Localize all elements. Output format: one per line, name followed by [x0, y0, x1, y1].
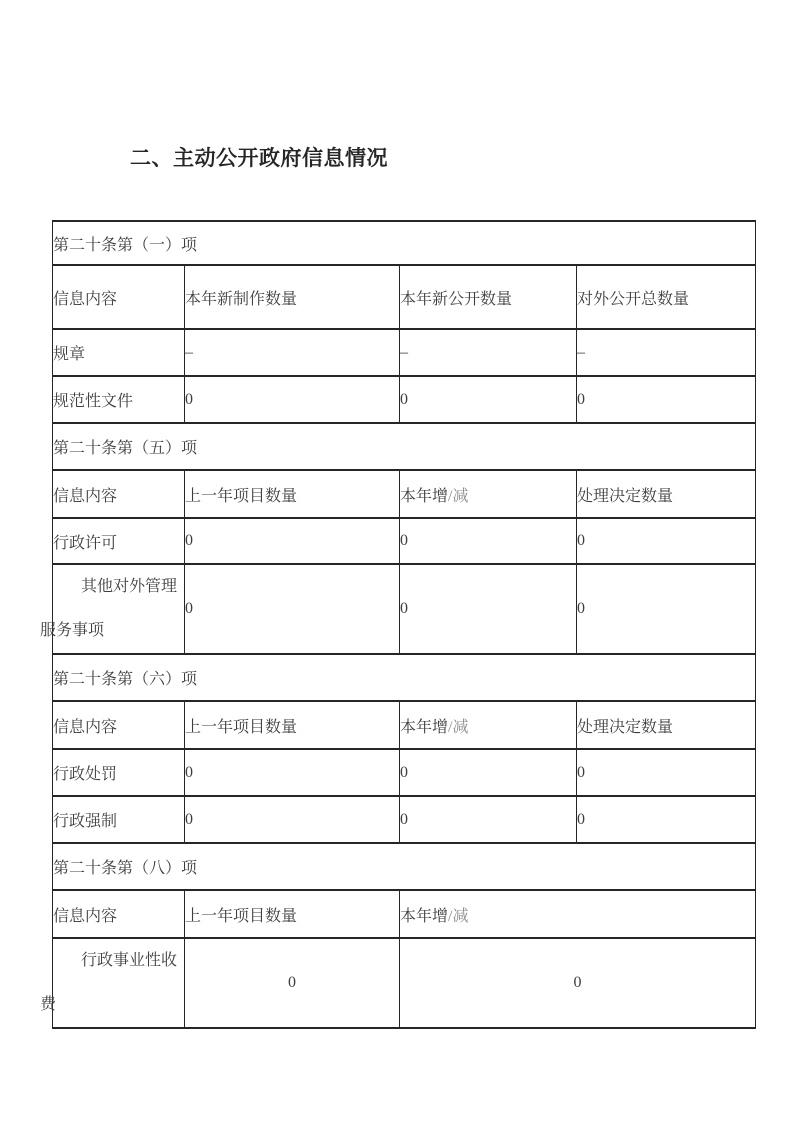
cell-value: –: [185, 329, 400, 376]
col-header-sub: /减: [448, 908, 468, 925]
col-header: 信息内容: [53, 470, 185, 518]
cell-value: 0: [185, 938, 400, 1028]
row-label: 规范性文件: [53, 376, 185, 423]
section-title: 第二十条第（五）项: [53, 423, 756, 470]
col-header: 信息内容: [53, 265, 185, 329]
section-header-row: 第二十条第（八）项: [53, 843, 756, 890]
cell-value: 0: [400, 749, 577, 796]
col-header: 本年增/减: [400, 470, 577, 518]
row-label: 行政处罚: [53, 749, 185, 796]
cell-value: 0: [400, 376, 577, 423]
cell-value: 0: [400, 796, 577, 843]
data-row: 行政事业性收费 0 0: [53, 938, 756, 1028]
cell-value: 0: [400, 518, 577, 564]
column-header-row: 信息内容 上一年项目数量 本年增/减 处理决定数量: [53, 470, 756, 518]
col-header: 上一年项目数量: [185, 890, 400, 938]
section-title: 第二十条第（六）项: [53, 654, 756, 701]
page-title: 二、主动公开政府信息情况: [130, 146, 793, 171]
cell-value: –: [400, 329, 577, 376]
cell-value: 0: [185, 564, 400, 654]
cell-value: 0: [185, 376, 400, 423]
column-header-row: 信息内容 本年新制作数量 本年新公开数量 对外公开总数量: [53, 265, 756, 329]
cell-value: 0: [577, 518, 756, 564]
col-header: 处理决定数量: [577, 701, 756, 749]
row-label-text: 行政事业性收费: [40, 939, 184, 1027]
col-header-sub: /减: [448, 719, 468, 736]
col-header: 信息内容: [53, 701, 185, 749]
row-label: 行政许可: [53, 518, 185, 564]
col-header: 上一年项目数量: [185, 470, 400, 518]
disclosure-table: 第二十条第（一）项 信息内容 本年新制作数量 本年新公开数量 对外公开总数量 规…: [52, 220, 756, 1029]
cell-value: 0: [577, 564, 756, 654]
cell-value: 0: [185, 749, 400, 796]
column-header-row: 信息内容 上一年项目数量 本年增/减: [53, 890, 756, 938]
section-header-row: 第二十条第（六）项: [53, 654, 756, 701]
col-header: 信息内容: [53, 890, 185, 938]
col-header: 本年新公开数量: [400, 265, 577, 329]
section-title: 第二十条第（八）项: [53, 843, 756, 890]
col-header-main: 本年增: [400, 488, 448, 505]
col-header: 本年增/减: [400, 701, 577, 749]
col-header: 对外公开总数量: [577, 265, 756, 329]
column-header-row: 信息内容 上一年项目数量 本年增/减 处理决定数量: [53, 701, 756, 749]
cell-value: 0: [577, 796, 756, 843]
data-row: 行政许可 0 0 0: [53, 518, 756, 564]
data-row: 行政强制 0 0 0: [53, 796, 756, 843]
cell-value: 0: [185, 518, 400, 564]
col-header-sub: /减: [448, 488, 468, 505]
data-row: 规章 – – –: [53, 329, 756, 376]
col-header: 处理决定数量: [577, 470, 756, 518]
row-label: 规章: [53, 329, 185, 376]
section-title: 第二十条第（一）项: [53, 221, 756, 265]
cell-value: 0: [577, 376, 756, 423]
cell-value: 0: [577, 749, 756, 796]
col-header: 上一年项目数量: [185, 701, 400, 749]
row-label: 行政强制: [53, 796, 185, 843]
section-header-row: 第二十条第（一）项: [53, 221, 756, 265]
section-header-row: 第二十条第（五）项: [53, 423, 756, 470]
data-row: 规范性文件 0 0 0: [53, 376, 756, 423]
row-label: 行政事业性收费: [53, 938, 185, 1028]
row-label: 其他对外管理服务事项: [53, 564, 185, 654]
col-header: 本年增/减: [400, 890, 756, 938]
cell-value: 0: [185, 796, 400, 843]
data-row: 其他对外管理服务事项 0 0 0: [53, 564, 756, 654]
cell-value: –: [577, 329, 756, 376]
row-label-text: 其他对外管理服务事项: [40, 565, 184, 653]
cell-value: 0: [400, 564, 577, 654]
data-row: 行政处罚 0 0 0: [53, 749, 756, 796]
col-header-main: 本年增: [400, 719, 448, 736]
col-header: 本年新制作数量: [185, 265, 400, 329]
cell-value: 0: [400, 938, 756, 1028]
col-header-main: 本年增: [400, 908, 448, 925]
